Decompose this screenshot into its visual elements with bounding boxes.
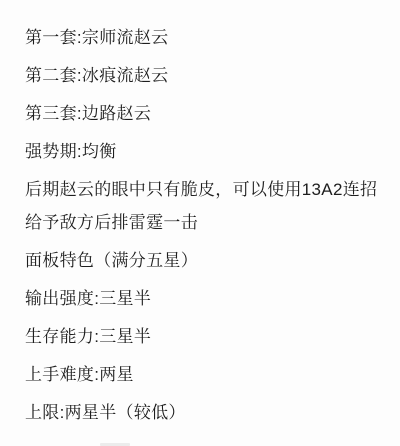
article-body: 第一套:宗师流赵云 第二套:冰痕流赵云 第三套:边路赵云 强势期:均衡 后期赵云…	[0, 0, 400, 434]
paragraph-panel-rating-title: 面板特色（满分五星）	[25, 244, 380, 277]
paragraph-output-strength: 输出强度:三星半	[25, 282, 380, 315]
paragraph-ceiling: 上限:两星半（较低）	[25, 396, 380, 429]
paragraph-survivability: 生存能力:三星半	[25, 320, 380, 353]
paragraph-set-2: 第二套:冰痕流赵云	[25, 59, 380, 92]
paragraph-late-game-tip: 后期赵云的眼中只有脆皮，可以使用13A2连招给予敌方后排雷霆一击	[25, 173, 380, 239]
article-page: 第一套:宗师流赵云 第二套:冰痕流赵云 第三套:边路赵云 强势期:均衡 后期赵云…	[0, 0, 400, 446]
paragraph-difficulty: 上手难度:两星	[25, 358, 380, 391]
paragraph-set-1: 第一套:宗师流赵云	[25, 21, 380, 54]
paragraph-strong-period: 强势期:均衡	[25, 135, 380, 168]
paragraph-set-3: 第三套:边路赵云	[25, 97, 380, 130]
